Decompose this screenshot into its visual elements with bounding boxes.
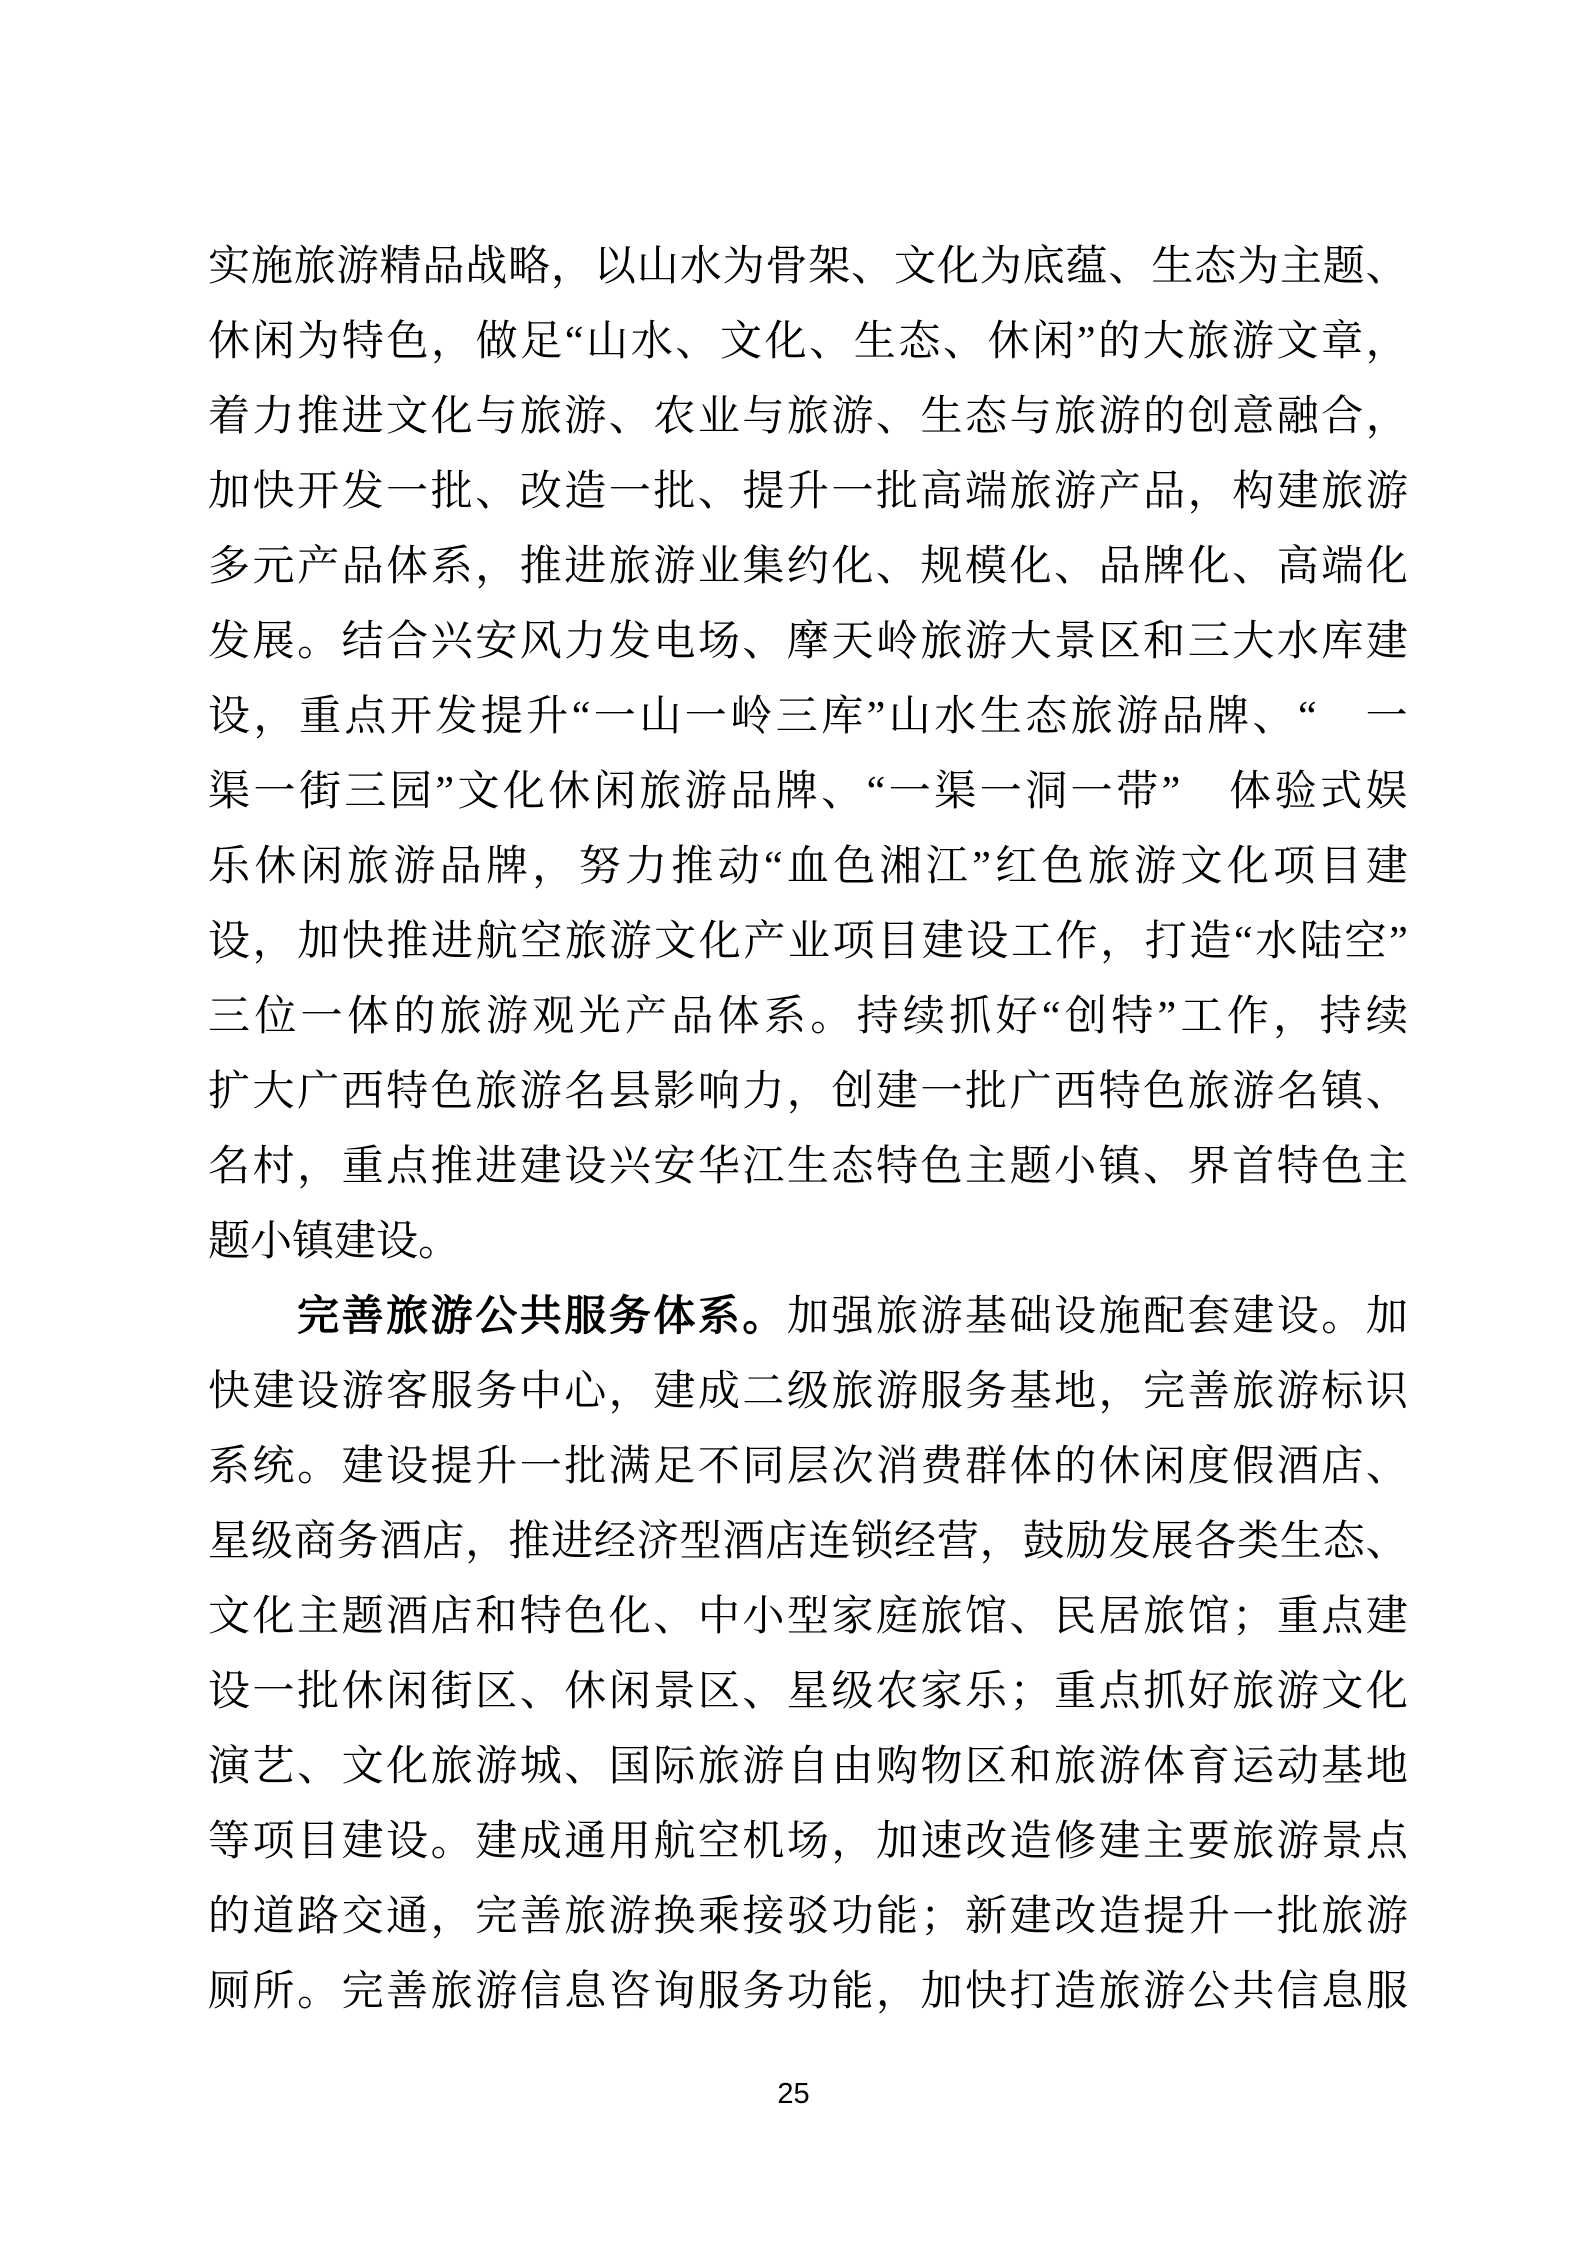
text-line: 多元产品体系，推进旅游业集约化、规模化、品牌化、高端化 (208, 530, 1408, 605)
text-block: 实施旅游精品战略，以山水为骨架、文化为底蕴、生态为主题、休闲为特色，做足“山水、… (208, 230, 1408, 2030)
text-line: 实施旅游精品战略，以山水为骨架、文化为底蕴、生态为主题、 (208, 230, 1408, 305)
document-page: 实施旅游精品战略，以山水为骨架、文化为底蕴、生态为主题、休闲为特色，做足“山水、… (0, 0, 1587, 2245)
text-line: 星级商务酒店，推进经济型酒店连锁经营，鼓励发展各类生态、 (208, 1505, 1408, 1580)
text-line: 渠一街三园”文化休闲旅游品牌、“一渠一洞一带” 体验式娱 (208, 755, 1408, 830)
text-line: 等项目建设。建成通用航空机场，加速改造修建主要旅游景点 (208, 1805, 1408, 1880)
text-line: 题小镇建设。 (208, 1205, 1408, 1280)
page-number: 25 (0, 2078, 1587, 2111)
text-line: 休闲为特色，做足“山水、文化、生态、休闲”的大旅游文章， (208, 305, 1408, 380)
text-line: 文化主题酒店和特色化、中小型家庭旅馆、民居旅馆；重点建 (208, 1580, 1408, 1655)
text-line: 名村，重点推进建设兴安华江生态特色主题小镇、界首特色主 (208, 1130, 1408, 1205)
text-line: 的道路交通，完善旅游换乘接驳功能；新建改造提升一批旅游 (208, 1880, 1408, 1955)
text-line: 厕所。完善旅游信息咨询服务功能，加快打造旅游公共信息服 (208, 1955, 1408, 2030)
text-line: 系统。建设提升一批满足不同层次消费群体的休闲度假酒店、 (208, 1430, 1408, 1505)
text-line: 设，重点开发提升“一山一岭三库”山水生态旅游品牌、“ 一 (208, 680, 1408, 755)
text-line: 扩大广西特色旅游名县影响力，创建一批广西特色旅游名镇、 (208, 1055, 1408, 1130)
text-line: 加快开发一批、改造一批、提升一批高端旅游产品，构建旅游 (208, 455, 1408, 530)
text-line: 乐休闲旅游品牌，努力推动“血色湘江”红色旅游文化项目建 (208, 830, 1408, 905)
text-line: 三位一体的旅游观光产品体系。持续抓好“创特”工作，持续 (208, 980, 1408, 1055)
text-line: 设一批休闲街区、休闲景区、星级农家乐；重点抓好旅游文化 (208, 1655, 1408, 1730)
text-line: 设，加快推进航空旅游文化产业项目建设工作，打造“水陆空” (208, 905, 1408, 980)
text-line: 着力推进文化与旅游、农业与旅游、生态与旅游的创意融合， (208, 380, 1408, 455)
text-line: 完善旅游公共服务体系。加强旅游基础设施配套建设。加 (208, 1280, 1408, 1355)
text-line: 快建设游客服务中心，建成二级旅游服务基地，完善旅游标识 (208, 1355, 1408, 1430)
text-line: 发展。结合兴安风力发电场、摩天岭旅游大景区和三大水库建 (208, 605, 1408, 680)
text-line: 演艺、文化旅游城、国际旅游自由购物区和旅游体育运动基地 (208, 1730, 1408, 1805)
